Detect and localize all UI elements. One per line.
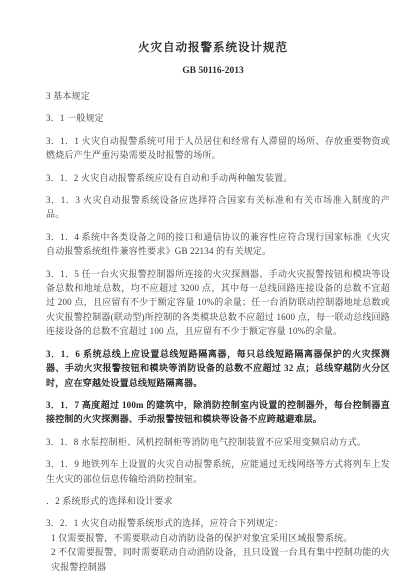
- paragraph: 2 不仅需要报警，同时需要联动自动消防设备，且只设置一台具有集中控制功能的火灾报…: [46, 545, 390, 574]
- paragraph: 3．1．6 系统总线上应设置总线短路隔离器，每只总线短路隔离器保护的火灾探测器、…: [46, 347, 390, 390]
- paragraph: 3．1．8 水泵控制柜、风机控制柜等消防电气控制装置不应采用变频启动方式。: [46, 435, 390, 449]
- paragraph: 3．1．5 任一台火灾报警控制器所连接的火灾探测器、手动火灾报警按钮和模块等设备…: [46, 267, 390, 339]
- paragraph: 3 基本规定: [46, 89, 390, 103]
- document-code: GB 50116-2013: [36, 65, 390, 78]
- paragraph: 1 仅需要报警，不需要联动自动消防设备的保护对象宜采用区域报警系统。: [46, 531, 390, 545]
- paragraph: 3．1 一般规定: [46, 111, 390, 125]
- paragraph: 3．1．4 系统中各类设备之间的接口和通信协议的兼容性应符合现行国家标准《火灾自…: [46, 230, 390, 259]
- document-body: 3 基本规定3．1 一般规定3．1．1 火灾自动报警系统可用于人员居住和经常有人…: [46, 89, 390, 574]
- paragraph: 3．1．3 火灾自动报警系统设备应选择符合国家有关标准和有关市场准入制度的产品。: [46, 193, 390, 222]
- document-page: 火灾自动报警系统设计规范 GB 50116-2013 3 基本规定3．1 一般规…: [0, 0, 416, 588]
- paragraph: ．2 系统形式的选择和设计要求: [46, 494, 390, 508]
- paragraph: 3．1．7 高度超过 100m 的建筑中，除消防控制室内设置的控制器外，每台控制…: [46, 398, 390, 427]
- paragraph: 3．1．1 火灾自动报警系统可用于人员居住和经常有人滞留的场所、存放重要物资或燃…: [46, 134, 390, 163]
- paragraph: 3．2．1 火灾自动报警系统形式的选择，应符合下列规定：: [46, 516, 390, 530]
- paragraph: 3．1．9 地铁列车上设置的火灾自动报警系统，应能通过无线网络等方式将列车上发生…: [46, 457, 390, 486]
- paragraph: 3．1．2 火灾自动报警系统应设有自动和手动两种触发装置。: [46, 171, 390, 185]
- document-title: 火灾自动报警系统设计规范: [36, 41, 390, 55]
